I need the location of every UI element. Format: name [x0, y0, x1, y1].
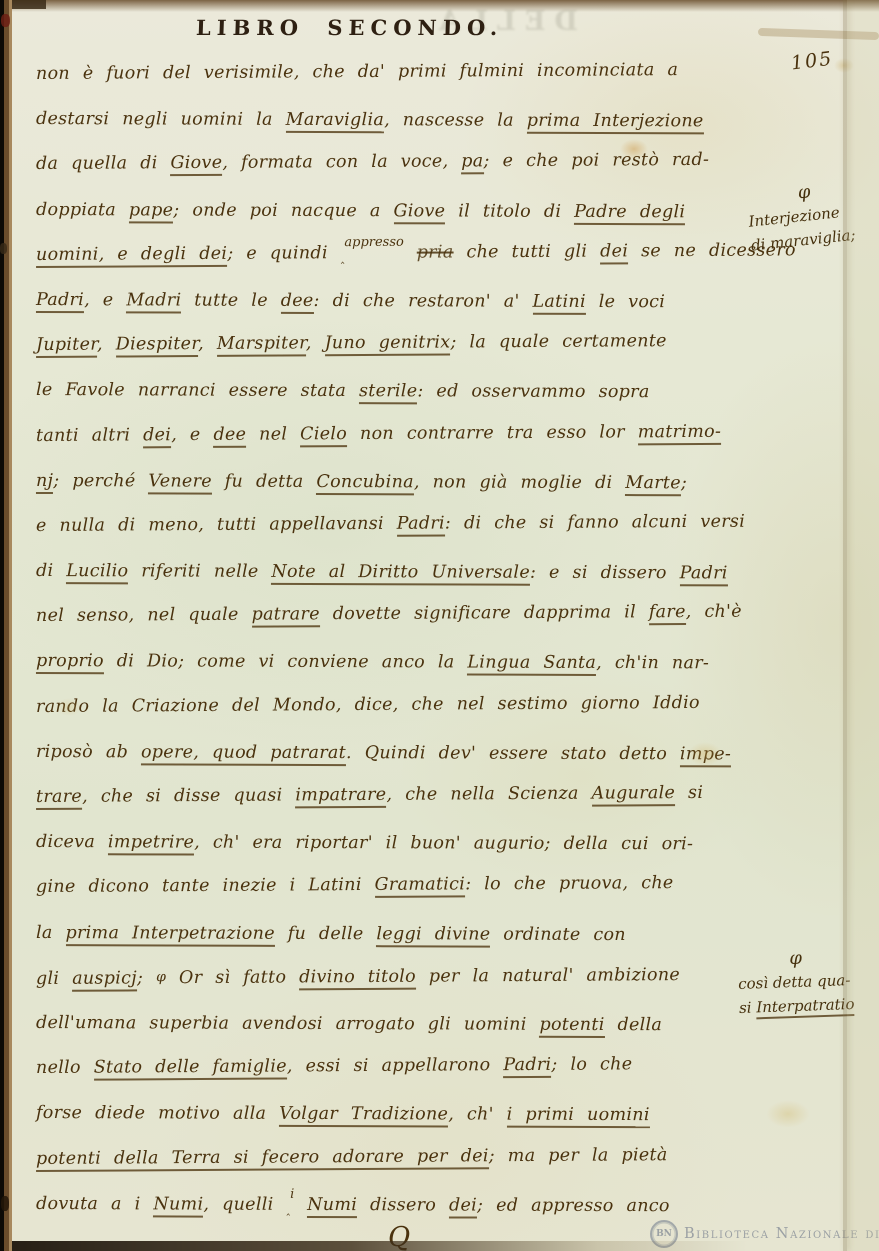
underlined-word: proprio	[36, 651, 104, 674]
text-segment: ordinate con	[490, 924, 626, 944]
text-segment: , ch'in nar-	[596, 653, 709, 673]
text-segment: , e	[171, 424, 213, 444]
underlined-word: pa	[461, 152, 483, 175]
underlined-word: Padri	[680, 563, 728, 586]
text-segment: ;	[681, 473, 687, 493]
text-segment: la	[36, 923, 66, 943]
underlined-word: patrare	[251, 605, 319, 628]
underlined-word: Juno genitrix	[324, 333, 450, 357]
margin-note-interjezione: φInterjezionedi maraviglia;	[745, 177, 857, 258]
underlined-word: Latini	[532, 292, 585, 315]
underlined-word: sterile	[359, 381, 417, 404]
text-segment: ; ed appresso anco	[477, 1195, 670, 1216]
text-segment: riferiti nelle	[128, 561, 271, 581]
underlined-word: Lucilio	[66, 561, 128, 584]
underlined-word: Madri	[126, 290, 181, 313]
text-segment: ,	[97, 335, 116, 355]
manuscript-line: la prima Interpetrazione fu delle leggi …	[36, 911, 750, 959]
text-segment: tanti altri	[36, 425, 143, 446]
underlined-word: dee	[213, 424, 246, 447]
text-segment: tutte le	[181, 290, 280, 310]
text-segment: ; e che poi restò rad-	[483, 150, 709, 171]
manuscript-line: uomini, e degli dei; e quindi ‸appresso …	[36, 228, 750, 278]
text-segment: , che si disse quasi	[82, 785, 295, 806]
margin-note-line: si Interpatratio	[739, 992, 855, 1020]
underlined-word: divino titolo	[299, 966, 416, 990]
text-segment: dissero	[357, 1195, 449, 1215]
text-segment: ; lo che	[551, 1054, 632, 1074]
underlined-word: Giove	[170, 153, 222, 176]
underlined-word: matrimo-	[638, 421, 722, 445]
text-segment: fu delle	[275, 923, 377, 943]
text-segment: φ	[156, 969, 166, 985]
text-segment: ; e quindi	[227, 243, 341, 264]
underlined-word: pape	[129, 200, 173, 223]
text-segment: : di che restaron' a'	[314, 291, 533, 312]
underlined-word: potenti	[539, 1015, 604, 1038]
text-segment: , quelli	[203, 1194, 286, 1214]
manuscript-line: non è fuori del verisimile, che da' prim…	[36, 48, 750, 98]
text-segment: , ch'	[448, 1105, 506, 1125]
text-segment: ; perché	[53, 471, 148, 491]
text-segment: della	[605, 1015, 663, 1035]
underlined-word: Numi	[153, 1194, 203, 1217]
underlined-word: dee	[281, 291, 314, 314]
text-segment: , e	[84, 290, 126, 310]
manuscript-line: rando la Criazione del Mondo, dice, che …	[36, 680, 750, 730]
text-segment: ; onde poi nacque a	[173, 200, 393, 221]
manuscript-line: tanti altri dei, e dee nel Cielo non con…	[36, 409, 750, 459]
underlined-word: Marte	[625, 473, 681, 496]
text-segment: e nulla di meno, tutti appellavansi	[36, 514, 397, 536]
binding-red-mark	[1, 14, 10, 27]
underlined-word: Padri	[397, 513, 445, 536]
page-top-edge	[0, 0, 879, 12]
underlined-word: Augurale	[592, 783, 676, 807]
underlined-word: dei	[143, 425, 171, 448]
manuscript-line: potenti della Terra si fecero adorare pe…	[36, 1132, 750, 1182]
manuscript-line: trare, che si disse quasi impatrare, che…	[36, 771, 750, 821]
underlined-word: Cielo	[300, 424, 347, 447]
margin-note-interpatratio: φcosì detta qua-si Interpatratio	[737, 946, 855, 1020]
underlined-word: fare	[649, 602, 686, 625]
underlined-word: Stato delle famiglie	[94, 1057, 287, 1081]
text-segment: di	[36, 561, 66, 581]
text-segment: ,	[198, 334, 217, 354]
text-segment: che tutti gli	[454, 241, 601, 262]
paper-stain	[620, 139, 648, 159]
underlined-word: Gramatici	[375, 875, 466, 899]
text-segment: dell'umana superbia avendosi arrogato gl…	[36, 1013, 540, 1035]
underlined-word: Padri	[503, 1055, 551, 1078]
inserted-word: appresso	[344, 220, 404, 266]
text-segment: non contrarre tra esso lor	[347, 422, 638, 444]
manuscript-line: Jupiter, Diespiter, Marspiter, Juno geni…	[36, 319, 750, 369]
underlined-word: impetrire	[108, 832, 194, 855]
folio-number: 105	[790, 48, 835, 75]
text-segment: non è fuori del verisimile, che da' prim…	[36, 60, 678, 84]
binding-ink-mark	[0, 243, 7, 254]
underlined-word: i primi uomini	[507, 1105, 650, 1128]
text-segment: , non già moglie di	[414, 472, 625, 493]
text-segment: , essi si appellarono	[287, 1055, 504, 1076]
paper-stain	[766, 1100, 810, 1128]
binding-edge	[0, 0, 14, 1251]
text-segment: : lo che pruova, che	[465, 873, 674, 894]
struck-word: pria	[417, 242, 454, 262]
manuscript-line: gine dicono tante inezie i Latini Gramat…	[36, 861, 750, 911]
text-segment	[294, 1195, 307, 1215]
underlined-word: potenti della Terra si fecero adorare pe…	[36, 1146, 489, 1172]
manuscript-line: forse diede motivo alla Volgar Tradizion…	[36, 1091, 750, 1139]
paper-stain	[688, 742, 722, 766]
manuscript-line: le Favole narranci essere stata sterile:…	[36, 368, 750, 416]
text-segment: riposò ab	[36, 742, 141, 762]
underlined-word: auspicj	[72, 968, 137, 991]
underlined-word: leggi divine	[376, 924, 490, 947]
text-segment: dovuta a i	[36, 1194, 153, 1214]
underlined-word: Concubina	[316, 472, 414, 495]
manuscript-line: nj; perché Venere fu detta Concubina, no…	[36, 459, 750, 507]
manuscript-line: e nulla di meno, tutti appellavansi Padr…	[36, 500, 750, 550]
text-segment: , formata con la voce,	[222, 152, 461, 173]
text-segment: gli	[36, 969, 72, 989]
underlined-word: Numi	[307, 1195, 357, 1218]
manuscript-line: nel senso, nel quale patrare dovette sig…	[36, 590, 750, 640]
underlined-word: opere, quod patrarat	[141, 742, 346, 766]
text-segment: destarsi negli uomini la	[36, 109, 286, 130]
text-segment: , nascesse la	[384, 110, 527, 130]
inserted-word: i	[290, 1172, 294, 1217]
underlined-word: Maraviglia	[286, 110, 385, 133]
text-segment: ;	[137, 968, 156, 988]
text-segment: per la natural' ambizione	[416, 965, 680, 987]
text-segment: le voci	[586, 292, 665, 312]
page-bottom-edge	[0, 1241, 879, 1251]
underlined-word: Marspiter	[217, 333, 306, 357]
text-segment: ,	[306, 333, 325, 353]
manuscript-page-scan: DELLA LIBRO SECONDO. 105 non è fuori del…	[0, 0, 879, 1251]
text-segment: : di che si fanno alcuni versi	[445, 512, 745, 534]
manuscript-line: gli auspicj; φ Or sì fatto divino titolo…	[36, 951, 750, 1001]
underlined-word: Diespiter	[116, 334, 198, 358]
text-segment: , ch' era riportar' il buon' augurio; de…	[194, 833, 693, 855]
manuscript-line: proprio di Dio; come vi conviene anco la…	[36, 639, 750, 687]
text-segment: : ed osservammo sopra	[417, 382, 649, 403]
text-segment: . Quindi dev' essere stato detto	[346, 743, 680, 764]
underlined-word: Lingua Santa	[467, 653, 596, 676]
manuscript-text-block: non è fuori del verisimile, che da' prim…	[36, 52, 750, 1227]
text-segment: , che nella Scienza	[386, 784, 591, 805]
underlined-word: trare	[36, 787, 82, 810]
underlined-word: prima Interpetrazione	[65, 923, 274, 947]
underlined-word: Volgar Tradizione	[279, 1104, 448, 1128]
text-segment: nello	[36, 1058, 94, 1078]
text-segment: le Favole narranci essere stata	[36, 380, 359, 401]
underlined-word: dei	[449, 1195, 477, 1218]
text-segment: Or sì fatto	[166, 967, 299, 988]
text-segment: doppiata	[36, 200, 129, 220]
underlined-word: Padri	[36, 290, 84, 313]
underlined-word: Padre degli	[574, 201, 685, 224]
text-segment: si	[675, 783, 703, 803]
text-segment	[404, 242, 417, 262]
manuscript-line: nello Stato delle famiglie, essi si appe…	[36, 1042, 750, 1092]
text-segment: ; ma per la pietà	[489, 1145, 668, 1166]
text-segment: : e si dissero	[530, 563, 680, 584]
underlined-word: Venere	[148, 471, 212, 494]
underlined-word: uomini, e degli dei	[36, 244, 227, 268]
underlined-word: impatrare	[295, 785, 386, 809]
page-title: LIBRO SECONDO.	[196, 15, 504, 40]
text-segment: così detta qua-	[738, 971, 851, 993]
paper-stain	[56, 698, 82, 716]
page-right-edge	[847, 0, 879, 1251]
underlined-word: dei	[600, 241, 628, 264]
text-segment: fu detta	[212, 471, 317, 491]
underlined-word: Note al Diritto Universale	[271, 562, 530, 586]
text-segment: , ch'è	[686, 602, 742, 622]
text-segment: ; la quale certamente	[450, 331, 666, 352]
text-segment: diceva	[36, 832, 108, 852]
text-segment: gine dicono tante inezie i Latini	[36, 875, 375, 897]
text-segment: dovette significare dapprima il	[320, 603, 649, 625]
text-segment: si	[739, 998, 757, 1017]
text-segment: nel senso, nel quale	[36, 605, 252, 626]
underlined-word: prima Interjezione	[527, 111, 704, 135]
text-segment: da quella di	[36, 154, 171, 175]
binding-ink-mark	[1, 1196, 9, 1211]
text-segment: nel	[246, 424, 300, 444]
text-segment: rando la Criazione del Mondo, dice, che …	[36, 693, 700, 717]
underlined-word: Jupiter	[36, 335, 97, 358]
underlined-word: nj	[36, 471, 53, 494]
underlined-word: Interpatratio	[756, 995, 855, 1019]
text-segment: forse diede motivo alla	[36, 1103, 279, 1124]
text-segment: il titolo di	[445, 201, 574, 221]
text-segment: di Dio; come vi conviene anco la	[104, 652, 468, 673]
